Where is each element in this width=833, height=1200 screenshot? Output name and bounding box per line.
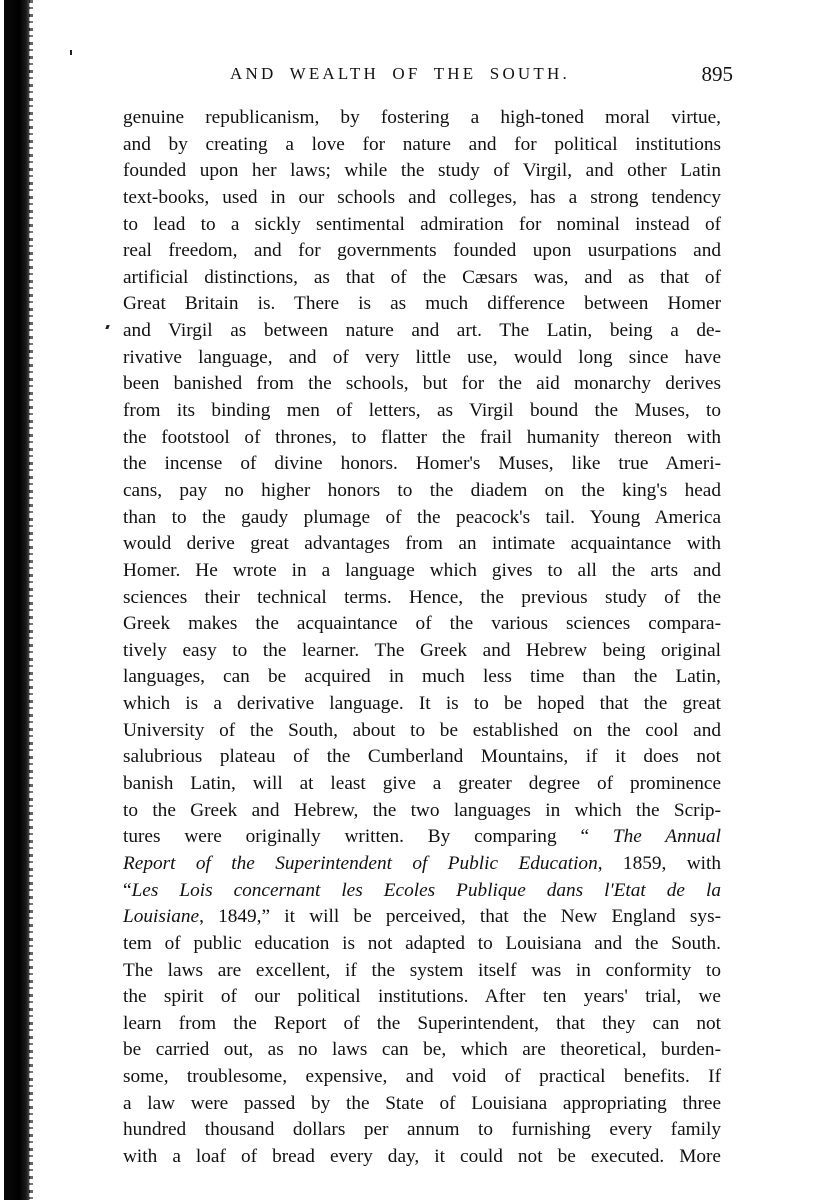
scan-speck: [105, 325, 109, 329]
body-text: genuine republicanism, by fostering a hi…: [123, 105, 721, 1171]
italic-title: Louisiane: [123, 906, 199, 927]
book-binding-shadow: [4, 0, 30, 1200]
text-line: be carried out, as no laws can be, which…: [123, 1037, 721, 1064]
text-line: sciences their technical terms. Hence, t…: [123, 585, 721, 612]
text-line: would derive great advantages from an in…: [123, 531, 721, 558]
text-line: real freedom, and for governments founde…: [123, 238, 721, 265]
text-line: and by creating a love for nature and fo…: [123, 132, 721, 159]
scan-speck: [70, 50, 72, 55]
text-line: some, troublesome, expensive, and void o…: [123, 1064, 721, 1091]
text-line: the footstool of thrones, to flatter the…: [123, 425, 721, 452]
text-line: been banished from the schools, but for …: [123, 371, 721, 398]
text-line: Report of the Superintendent of Public E…: [123, 851, 721, 878]
text-line: with a loaf of bread every day, it could…: [123, 1144, 721, 1171]
text-line: languages, can be acquired in much less …: [123, 664, 721, 691]
text-line: the incense of divine honors. Homer's Mu…: [123, 451, 721, 478]
page-header: AND WEALTH OF THE SOUTH. 895: [230, 62, 730, 92]
text-line: which is a derivative language. It is to…: [123, 691, 721, 718]
text-line: to the Greek and Hebrew, the two languag…: [123, 798, 721, 825]
text-line: salubrious plateau of the Cumberland Mou…: [123, 744, 721, 771]
italic-title: Report of the Superintendent of Public E…: [123, 853, 598, 874]
text-line: tively easy to the learner. The Greek an…: [123, 638, 721, 665]
text-line: The laws are excellent, if the system it…: [123, 958, 721, 985]
text-line: “Les Lois concernant les Ecoles Publique…: [123, 878, 721, 905]
text-line: Greek makes the acquaintance of the vari…: [123, 611, 721, 638]
text-line: and Virgil as between nature and art. Th…: [123, 318, 721, 345]
text-line: from its binding men of letters, as Virg…: [123, 398, 721, 425]
text-line: hundred thousand dollars per annum to fu…: [123, 1117, 721, 1144]
text-line: the spirit of our political institutions…: [123, 984, 721, 1011]
text-line: banish Latin, will at least give a great…: [123, 771, 721, 798]
text-line: cans, pay no higher honors to the diadem…: [123, 478, 721, 505]
text-line: Louisiane, 1849,” it will be perceived, …: [123, 904, 721, 931]
running-head: AND WEALTH OF THE SOUTH.: [230, 64, 570, 84]
text-line: tem of public education is not adapted t…: [123, 931, 721, 958]
text-line: founded upon her laws; while the study o…: [123, 158, 721, 185]
text-line: learn from the Report of the Superintend…: [123, 1011, 721, 1038]
text-line: rivative language, and of very little us…: [123, 345, 721, 372]
text-line: a law were passed by the State of Louisi…: [123, 1091, 721, 1118]
text-line: text-books, used in our schools and coll…: [123, 185, 721, 212]
text-line: Homer. He wrote in a language which give…: [123, 558, 721, 585]
italic-title: The Annual: [613, 826, 721, 847]
text-line: University of the South, about to be est…: [123, 718, 721, 745]
text-line: tures were originally written. By compar…: [123, 824, 721, 851]
text-line: artificial distinctions, as that of the …: [123, 265, 721, 292]
page-number: 895: [702, 62, 734, 87]
italic-title: Les Lois concernant les Ecoles Publique …: [132, 880, 721, 901]
text-line: genuine republicanism, by fostering a hi…: [123, 105, 721, 132]
text-line: Great Britain is. There is as much diffe…: [123, 291, 721, 318]
text-line: than to the gaudy plumage of the peacock…: [123, 505, 721, 532]
text-line: to lead to a sickly sentimental admirati…: [123, 212, 721, 239]
